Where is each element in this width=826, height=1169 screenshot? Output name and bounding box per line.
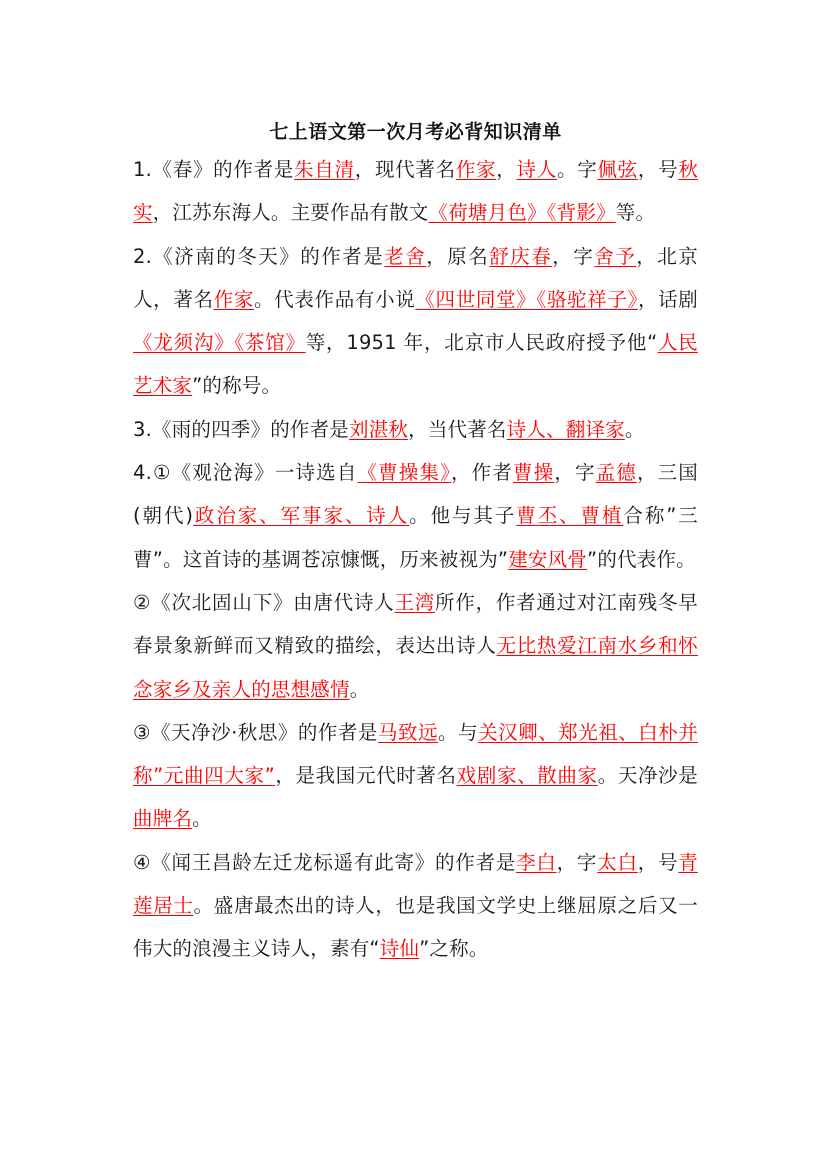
body-text: 4.①《观沧海》一诗选自 (133, 461, 358, 484)
body-text: 。与 (438, 721, 478, 744)
body-text: 。 (350, 678, 370, 701)
highlighted-answer: 政治家、军事家、诗人 (193, 504, 409, 527)
paragraph-rain-seasons: 3.《雨的四季》的作者是刘湛秋，当代著名诗人、翻译家。 (133, 408, 698, 451)
body-text: 。 (192, 807, 212, 830)
paragraph-wen-wangchangling: ④《闻王昌龄左迁龙标遥有此寄》的作者是李白，字太白，号青莲居士。盛唐最杰出的诗人… (133, 841, 698, 971)
highlighted-answer: 戏剧家、散曲家 (457, 764, 598, 787)
body-text: ，江苏东海人。主要作品有散文 (153, 201, 429, 224)
body-text: 。天净沙是 (598, 764, 698, 787)
body-text: 。字 (557, 158, 597, 181)
document-page: 七上语文第一次月考必背知识清单 1.《春》的作者是朱自清，现代著名作家，诗人。字… (133, 116, 698, 971)
highlighted-answer: 诗人 (517, 158, 557, 181)
highlighted-answer: 曹操 (513, 461, 554, 484)
body-text: ，话剧 (638, 288, 698, 311)
body-text: 3.《雨的四季》的作者是 (133, 418, 349, 441)
body-text: ，现代著名 (355, 158, 456, 181)
highlighted-answer: 马致远 (378, 721, 438, 744)
body-text: 。代表作品有小说 (254, 288, 415, 311)
body-text: ②《次北固山下》由唐代诗人 (133, 591, 395, 614)
highlighted-answer: 《曹操集》 (358, 461, 452, 484)
body-text: ”的代表作。 (587, 548, 696, 571)
body-text: ③《天净沙·秋思》的作者是 (133, 721, 378, 744)
highlighted-answer: 王湾 (395, 591, 436, 614)
body-text: ④《闻王昌龄左迁龙标遥有此寄》的作者是 (133, 851, 516, 874)
paragraph-guan-cang-hai: 4.①《观沧海》一诗选自《曹操集》，作者曹操，字孟德，三国(朝代)政治家、军事家… (133, 451, 698, 581)
body-text: ，字 (554, 461, 595, 484)
body-text: 。 (625, 418, 645, 441)
body-text: ，当代著名 (408, 418, 507, 441)
highlighted-answer: 李白 (516, 851, 557, 874)
body-text: ，是我国元代时著名 (275, 764, 457, 787)
body-text: ”之称。 (419, 937, 488, 960)
highlighted-answer: 孟德 (596, 461, 637, 484)
highlighted-answer: 诗仙 (380, 937, 419, 960)
body-text: ，字 (552, 245, 594, 268)
highlighted-answer: 作家 (456, 158, 496, 181)
paragraph-jinan-winter: 2.《济南的冬天》的作者是老舍，原名舒庆春，字舍予，北京人，著名作家。代表作品有… (133, 235, 698, 408)
highlighted-answer: 《四世同堂》《骆驼祥子》 (415, 288, 638, 311)
highlighted-answer: 曲牌名 (133, 807, 192, 830)
paragraph-ci-beigushan: ②《次北固山下》由唐代诗人王湾所作，作者通过对江南残冬早春景象新鲜而又精致的描绘… (133, 581, 698, 711)
body-text: ， (496, 158, 516, 181)
highlighted-answer: 作家 (214, 288, 254, 311)
body-text: ，号 (638, 158, 678, 181)
highlighted-answer: 舒庆春 (489, 245, 552, 268)
body-text: 1.《春》的作者是 (133, 158, 294, 181)
body-text: ，原名 (426, 245, 489, 268)
document-title: 七上语文第一次月考必背知识清单 (133, 116, 698, 148)
paragraph-tianjingsha: ③《天净沙·秋思》的作者是马致远。与关汉卿、郑光祖、白朴并称”元曲四大家”，是我… (133, 711, 698, 841)
highlighted-answer: 曹丕、曹植 (516, 504, 623, 527)
highlighted-answer: 刘湛秋 (349, 418, 408, 441)
paragraph-chun: 1.《春》的作者是朱自清，现代著名作家，诗人。字佩弦，号秋实，江苏东海人。主要作… (133, 148, 698, 235)
highlighted-answer: 朱自清 (294, 158, 355, 181)
highlighted-answer: 佩弦 (597, 158, 637, 181)
body-text: ，作者 (451, 461, 513, 484)
highlighted-answer: 建安风骨 (508, 548, 587, 571)
body-text: 2.《济南的冬天》的作者是 (133, 245, 384, 268)
highlighted-answer: 《荷塘月色》《背影》 (429, 201, 616, 224)
body-text: 等。 (616, 201, 655, 224)
document-body: 1.《春》的作者是朱自清，现代著名作家，诗人。字佩弦，号秋实，江苏东海人。主要作… (133, 148, 698, 971)
body-text: ，字 (557, 851, 598, 874)
highlighted-answer: 《龙须沟》《茶馆》 (133, 331, 306, 354)
body-text: ，号 (638, 851, 679, 874)
body-text: ”的称号。 (192, 374, 281, 397)
highlighted-answer: 舍予 (594, 245, 636, 268)
body-text: 等，1951 年，北京市人民政府授予他“ (306, 331, 658, 354)
highlighted-answer: 老舍 (384, 245, 426, 268)
body-text: 。他与其子 (409, 504, 516, 527)
highlighted-answer: 太白 (597, 851, 638, 874)
highlighted-answer: 诗人、翻译家 (507, 418, 625, 441)
